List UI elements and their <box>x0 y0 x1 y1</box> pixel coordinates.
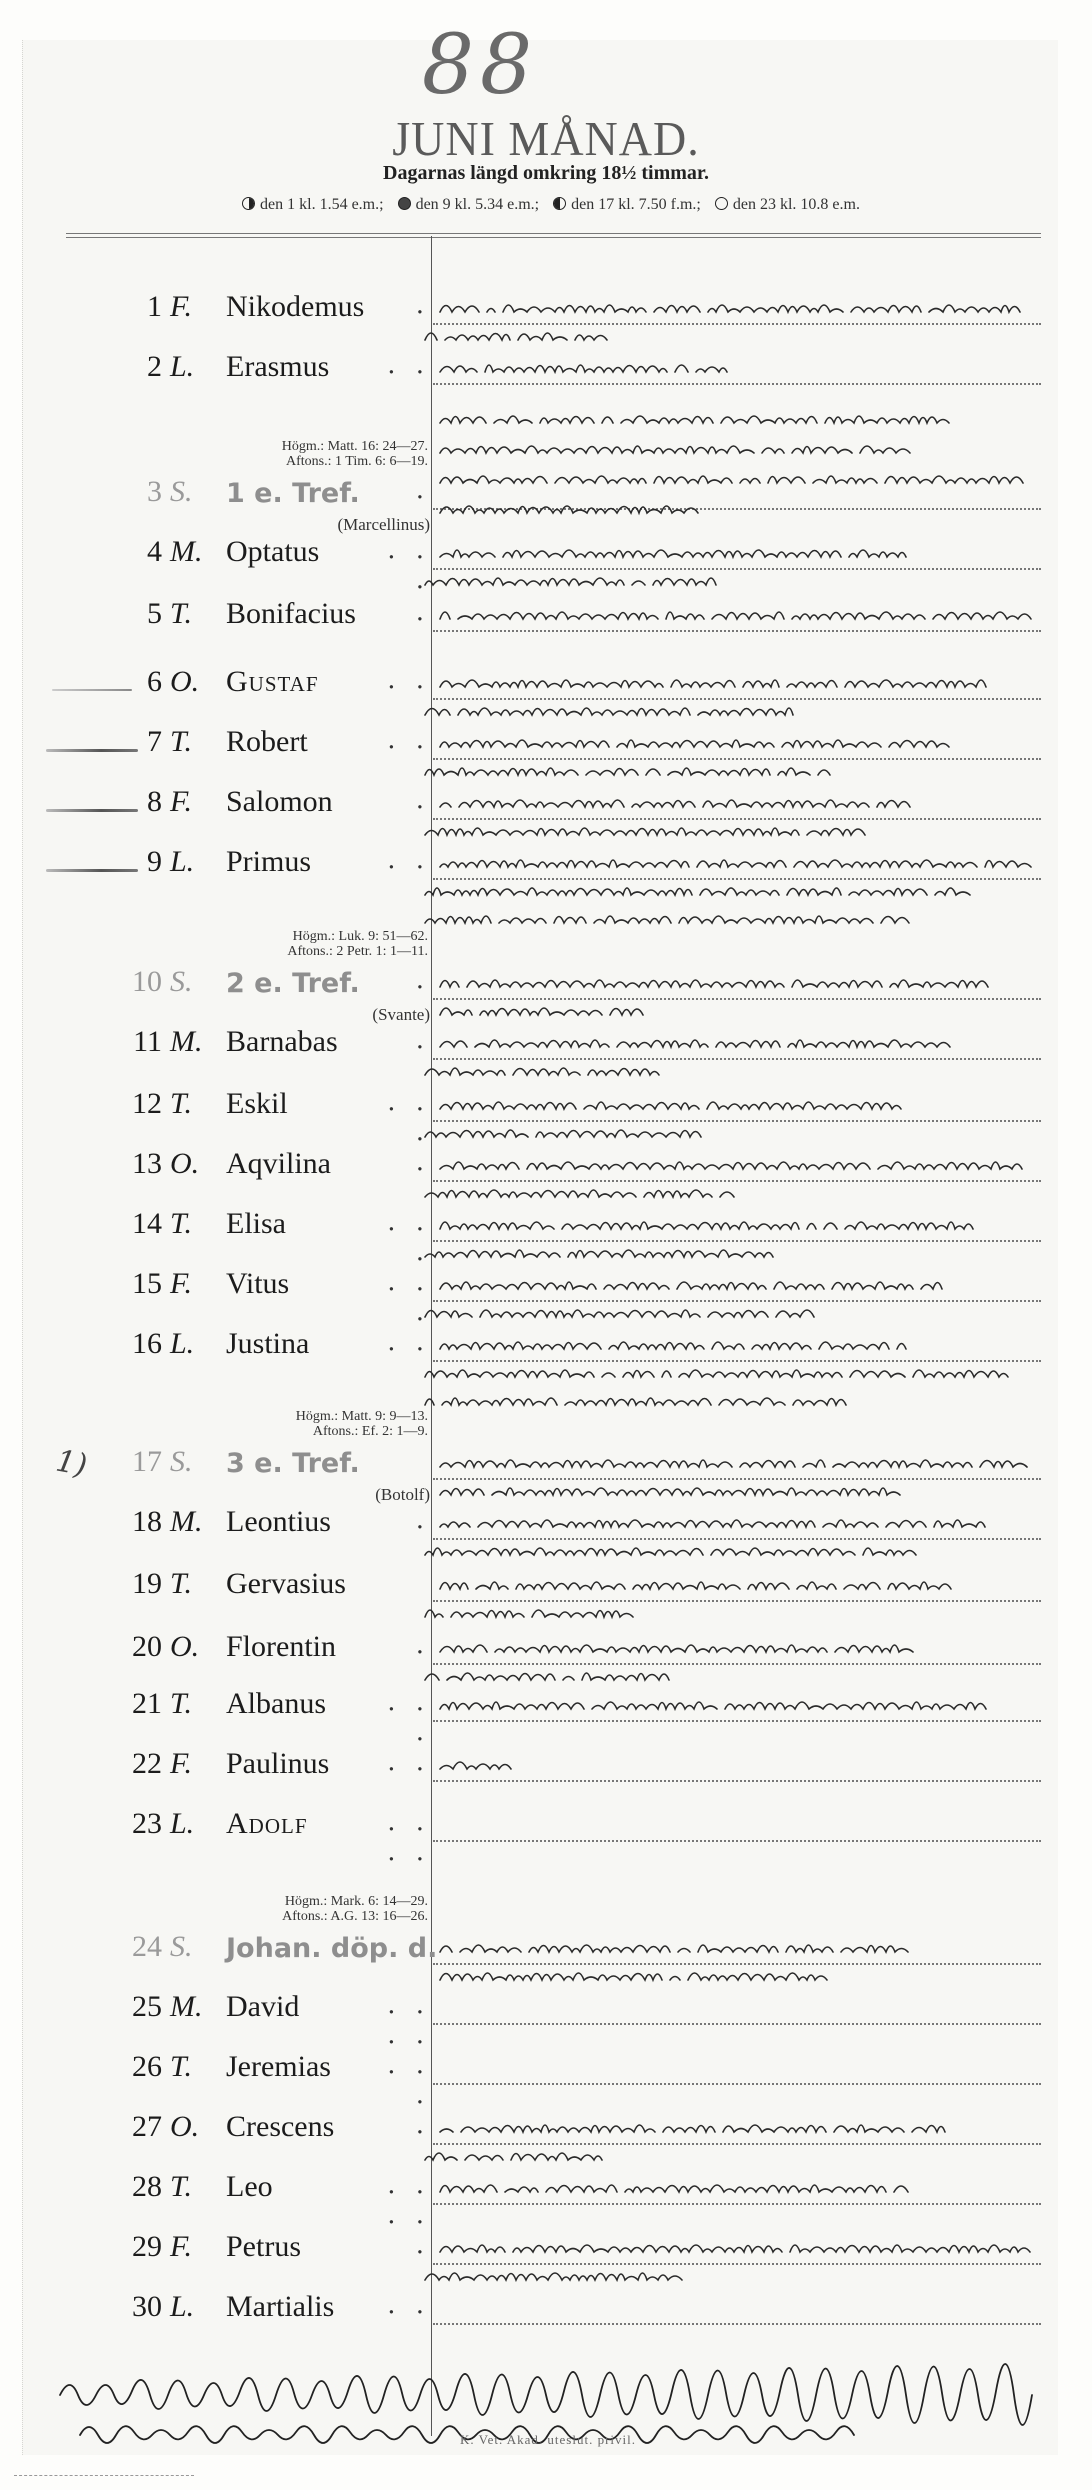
entry-line <box>433 998 1041 1000</box>
name-day: Gervasius <box>226 1567 346 1601</box>
day-row: 23L.Adolf. . . . <box>0 1807 1092 1847</box>
sermon-text-line: Högm.: Luk. 9: 51—62. <box>218 929 428 944</box>
day-number: 17 <box>100 1445 162 1479</box>
sunday-name: 3 e. Tref. <box>226 1448 360 1479</box>
entry-line <box>433 1300 1041 1302</box>
day-row: 8F.Salomon. <box>0 785 1092 825</box>
day-row: 11M.Barnabas. <box>0 1025 1092 1065</box>
day-number: 3 <box>100 475 162 509</box>
day-row: 28T.Leo. . . . <box>0 2170 1092 2210</box>
saint-name: (Svante) <box>372 1005 430 1025</box>
day-number: 10 <box>100 965 162 999</box>
day-row: 10S.2 e. Tref.. <box>0 965 1092 1005</box>
leader-dots: . . <box>384 1327 430 1357</box>
day-number: 25 <box>100 1990 162 2024</box>
leader-dots: . . . <box>384 535 430 595</box>
entry-line <box>433 323 1041 325</box>
day-number: 16 <box>100 1327 162 1361</box>
day-row: 6O.Gustaf. . <box>0 665 1092 705</box>
day-row: 14T.Elisa. . . <box>0 1207 1092 1247</box>
entry-line <box>433 1360 1041 1362</box>
day-number: 11 <box>100 1025 162 1059</box>
page-bottom-edge <box>14 2475 194 2476</box>
day-number: 5 <box>100 597 162 631</box>
leader-dots: . <box>384 2110 430 2140</box>
leader-dots: . . <box>384 845 430 875</box>
day-number: 2 <box>100 350 162 384</box>
day-number: 7 <box>100 725 162 759</box>
weekday-abbrev: F. <box>170 2230 192 2264</box>
weekday-abbrev: T. <box>170 597 192 631</box>
sermon-text-line: Högm.: Mark. 6: 14—29. <box>218 1894 428 1909</box>
weekday-abbrev: M. <box>170 535 203 569</box>
margin-pencil-mark <box>46 869 138 872</box>
day-number: 24 <box>100 1930 162 1964</box>
name-day: Albanus <box>226 1687 326 1721</box>
day-number: 13 <box>100 1147 162 1181</box>
folio-number: 88 <box>400 18 560 113</box>
entry-line <box>433 1180 1041 1182</box>
sermon-text-line: Aftons.: A.G. 13: 16—26. <box>218 1909 428 1924</box>
day-row: 13O.Aqvilina. <box>0 1147 1092 1187</box>
name-day: Martialis <box>226 2290 334 2324</box>
sermon-text-line: Högm.: Matt. 16: 24—27. <box>218 439 428 454</box>
weekday-abbrev: M. <box>170 1990 203 2024</box>
day-row: 7T.Robert. . <box>0 725 1092 765</box>
day-number: 14 <box>100 1207 162 1241</box>
weekday-abbrev: T. <box>170 1207 192 1241</box>
day-row: 2L.Erasmus. . <box>0 350 1092 390</box>
day-length-subtitle: Dagarnas längd omkring 18½ timmar. <box>0 162 1092 185</box>
day-number: 8 <box>100 785 162 819</box>
name-day: David <box>226 1990 299 2024</box>
weekday-abbrev: O. <box>170 665 199 699</box>
margin-pencil-mark <box>46 809 138 812</box>
leader-dots: . <box>384 1147 430 1177</box>
entry-line <box>433 1720 1041 1722</box>
leader-dots: . . . <box>384 1207 430 1267</box>
entry-line <box>433 2023 1041 2025</box>
entry-line <box>433 383 1041 385</box>
leader-dots: . . . . <box>384 1990 430 2050</box>
leader-dots: . . . <box>384 1267 430 1327</box>
name-day: Petrus <box>226 2230 301 2264</box>
entry-line <box>433 2143 1041 2145</box>
weekday-abbrev: T. <box>170 2050 192 2084</box>
name-day: Vitus <box>226 1267 289 1301</box>
leader-dots: . . . <box>384 1687 430 1747</box>
page-background <box>22 40 1058 2455</box>
day-row: 15F.Vitus. . . <box>0 1267 1092 1307</box>
day-row: 21T.Albanus. . . <box>0 1687 1092 1727</box>
leader-dots: . . <box>384 665 430 695</box>
printer-imprint: K. Vet. Akad. uteslut. privil. <box>460 2432 636 2448</box>
leader-dots: . . . . <box>384 2170 430 2230</box>
name-day: Justina <box>226 1327 309 1361</box>
weekday-abbrev: T. <box>170 1087 192 1121</box>
margin-pencil-mark <box>52 689 132 691</box>
moon-phase-text: den 17 kl. 7.50 f.m.; <box>571 196 701 213</box>
day-row: 3S.1 e. Tref.. <box>0 475 1092 515</box>
entry-line <box>433 698 1041 700</box>
weekday-abbrev: T. <box>170 725 192 759</box>
name-day: Salomon <box>226 785 333 819</box>
entry-line <box>433 1120 1041 1122</box>
sermon-texts: Högm.: Luk. 9: 51—62.Aftons.: 2 Petr. 1:… <box>218 929 428 959</box>
day-number: 30 <box>100 2290 162 2324</box>
leader-dots: . <box>384 475 430 505</box>
entry-line <box>433 2203 1041 2205</box>
day-number: 18 <box>100 1505 162 1539</box>
weekday-abbrev: T. <box>170 1567 192 1601</box>
day-number: 23 <box>100 1807 162 1841</box>
name-day: Bonifacius <box>226 597 356 631</box>
sermon-texts: Högm.: Mark. 6: 14—29.Aftons.: A.G. 13: … <box>218 1894 428 1924</box>
first-quarter-moon-icon <box>242 197 255 210</box>
entry-line <box>433 1663 1041 1665</box>
day-number: 19 <box>100 1567 162 1601</box>
weekday-abbrev: F. <box>170 1747 192 1781</box>
leader-dots: . <box>384 1505 430 1535</box>
sermon-text-line: Aftons.: 1 Tim. 6: 6—19. <box>218 454 428 469</box>
weekday-abbrev: S. <box>170 965 193 999</box>
saint-name: (Marcellinus) <box>337 515 430 535</box>
leader-dots: . . . . <box>384 1807 430 1867</box>
weekday-abbrev: F. <box>170 785 192 819</box>
sermon-text-line: Högm.: Matt. 9: 9—13. <box>218 1409 428 1424</box>
full-moon-icon <box>398 197 411 210</box>
weekday-abbrev: T. <box>170 1687 192 1721</box>
name-day: Paulinus <box>226 1747 329 1781</box>
name-day: Crescens <box>226 2110 334 2144</box>
leader-dots: . <box>384 2230 430 2260</box>
entry-line <box>433 1963 1041 1965</box>
name-day: Leo <box>226 2170 273 2204</box>
day-row: 25M.David. . . . <box>0 1990 1092 2030</box>
weekday-abbrev: L. <box>170 845 194 879</box>
day-row: 16L.Justina. . <box>0 1327 1092 1367</box>
name-day: Nikodemus <box>226 290 364 324</box>
weekday-abbrev: O. <box>170 1630 199 1664</box>
weekday-abbrev: O. <box>170 2110 199 2144</box>
weekday-abbrev: S. <box>170 1930 193 1964</box>
entry-line <box>433 1780 1041 1782</box>
sermon-text-line: Aftons.: 2 Petr. 1: 1—11. <box>218 944 428 959</box>
name-day: Florentin <box>226 1630 336 1664</box>
name-day: Aqvilina <box>226 1147 331 1181</box>
margin-pencil-mark <box>46 749 138 752</box>
day-row: 20O.Florentin. <box>0 1630 1092 1670</box>
sermon-text-line: Aftons.: Ef. 2: 1—9. <box>218 1424 428 1439</box>
saint-name: (Botolf) <box>375 1485 430 1505</box>
entry-line <box>433 1240 1041 1242</box>
day-number: 28 <box>100 2170 162 2204</box>
sermon-texts: Högm.: Matt. 9: 9—13.Aftons.: Ef. 2: 1—9… <box>218 1409 428 1439</box>
leader-dots: . <box>384 597 430 627</box>
weekday-abbrev: L. <box>170 1807 194 1841</box>
last-quarter-moon-icon <box>553 197 566 210</box>
leader-dots: . <box>384 290 430 320</box>
day-row: 22F.Paulinus. . <box>0 1747 1092 1787</box>
day-number: 20 <box>100 1630 162 1664</box>
weekday-abbrev: L. <box>170 1327 194 1361</box>
sunday-name: 1 e. Tref. <box>226 478 360 509</box>
leader-dots: . . <box>384 350 430 380</box>
new-moon-icon <box>715 197 728 210</box>
day-number: 26 <box>100 2050 162 2084</box>
day-row: 26T.Jeremias. . . <box>0 2050 1092 2090</box>
entry-line <box>433 508 1041 510</box>
day-number: 9 <box>100 845 162 879</box>
day-number: 29 <box>100 2230 162 2264</box>
name-day: Optatus <box>226 535 319 569</box>
weekday-abbrev: L. <box>170 350 194 384</box>
weekday-abbrev: F. <box>170 290 192 324</box>
footnote-marker: 1) <box>53 1444 89 1484</box>
moon-phases-line: den 1 kl. 1.54 e.m.; den 9 kl. 5.34 e.m.… <box>0 196 1092 214</box>
leader-dots: . <box>384 785 430 815</box>
name-day: Eskil <box>226 1087 288 1121</box>
moon-phase-text: den 1 kl. 1.54 e.m.; <box>260 196 384 213</box>
weekday-abbrev: M. <box>170 1505 203 1539</box>
day-row: 29F.Petrus. <box>0 2230 1092 2270</box>
entry-line <box>433 818 1041 820</box>
entry-line <box>433 2323 1041 2325</box>
weekday-abbrev: M. <box>170 1025 203 1059</box>
entry-line <box>433 1538 1041 1540</box>
day-row: 5T.Bonifacius. <box>0 597 1092 637</box>
moon-phase-text: den 9 kl. 5.34 e.m.; <box>416 196 540 213</box>
sermon-texts: Högm.: Matt. 16: 24—27.Aftons.: 1 Tim. 6… <box>218 439 428 469</box>
day-row: 17S.3 e. Tref. <box>0 1445 1092 1485</box>
weekday-abbrev: S. <box>170 475 193 509</box>
page-title: JUNI MÅNAD. <box>0 111 1092 167</box>
entry-line <box>433 2083 1041 2085</box>
name-day: Leontius <box>226 1505 331 1539</box>
name-day: Adolf <box>226 1807 308 1841</box>
entry-line <box>433 2263 1041 2265</box>
entry-line <box>433 878 1041 880</box>
entry-line <box>433 1478 1041 1480</box>
entry-line <box>433 1840 1041 1842</box>
leader-dots: . . <box>384 1747 430 1777</box>
name-day: Primus <box>226 845 311 879</box>
weekday-abbrev: S. <box>170 1445 193 1479</box>
day-number: 1 <box>100 290 162 324</box>
name-day: Jeremias <box>226 2050 331 2084</box>
sunday-name: 2 e. Tref. <box>226 968 360 999</box>
day-row: 1F.Nikodemus. <box>0 290 1092 330</box>
name-day: Elisa <box>226 1207 286 1241</box>
entry-line <box>433 1058 1041 1060</box>
day-number: 22 <box>100 1747 162 1781</box>
leader-dots: . <box>384 1025 430 1055</box>
entry-line <box>433 630 1041 632</box>
day-row: 24S.Johan. döp. d. <box>0 1930 1092 1970</box>
day-number: 6 <box>100 665 162 699</box>
day-number: 12 <box>100 1087 162 1121</box>
day-row: 9L.Primus. . <box>0 845 1092 885</box>
day-number: 15 <box>100 1267 162 1301</box>
moon-phase-text: den 23 kl. 10.8 e.m. <box>733 196 860 213</box>
leader-dots: . . <box>384 2290 430 2320</box>
day-row: 30L.Martialis. . <box>0 2290 1092 2330</box>
entry-line <box>433 758 1041 760</box>
weekday-abbrev: O. <box>170 1147 199 1181</box>
day-number: 4 <box>100 535 162 569</box>
name-day: Erasmus <box>226 350 329 384</box>
day-number: 27 <box>100 2110 162 2144</box>
day-row: 12T.Eskil. . . <box>0 1087 1092 1127</box>
leader-dots: . . . <box>384 2050 430 2110</box>
header-double-rule <box>66 233 1041 238</box>
leader-dots: . <box>384 1630 430 1660</box>
leader-dots: . <box>384 965 430 995</box>
weekday-abbrev: L. <box>170 2290 194 2324</box>
day-row: 19T.Gervasius <box>0 1567 1092 1607</box>
day-row: 18M.Leontius. <box>0 1505 1092 1545</box>
weekday-abbrev: T. <box>170 2170 192 2204</box>
entry-line <box>433 1600 1041 1602</box>
entry-line <box>433 568 1041 570</box>
sunday-name: Johan. döp. d. <box>226 1933 437 1964</box>
day-row: 4M.Optatus. . . <box>0 535 1092 575</box>
name-day: Robert <box>226 725 308 759</box>
day-number: 21 <box>100 1687 162 1721</box>
leader-dots: . . <box>384 725 430 755</box>
name-day: Barnabas <box>226 1025 338 1059</box>
leader-dots: . . . <box>384 1087 430 1147</box>
weekday-abbrev: F. <box>170 1267 192 1301</box>
day-row: 27O.Crescens. <box>0 2110 1092 2150</box>
name-day: Gustaf <box>226 665 319 699</box>
